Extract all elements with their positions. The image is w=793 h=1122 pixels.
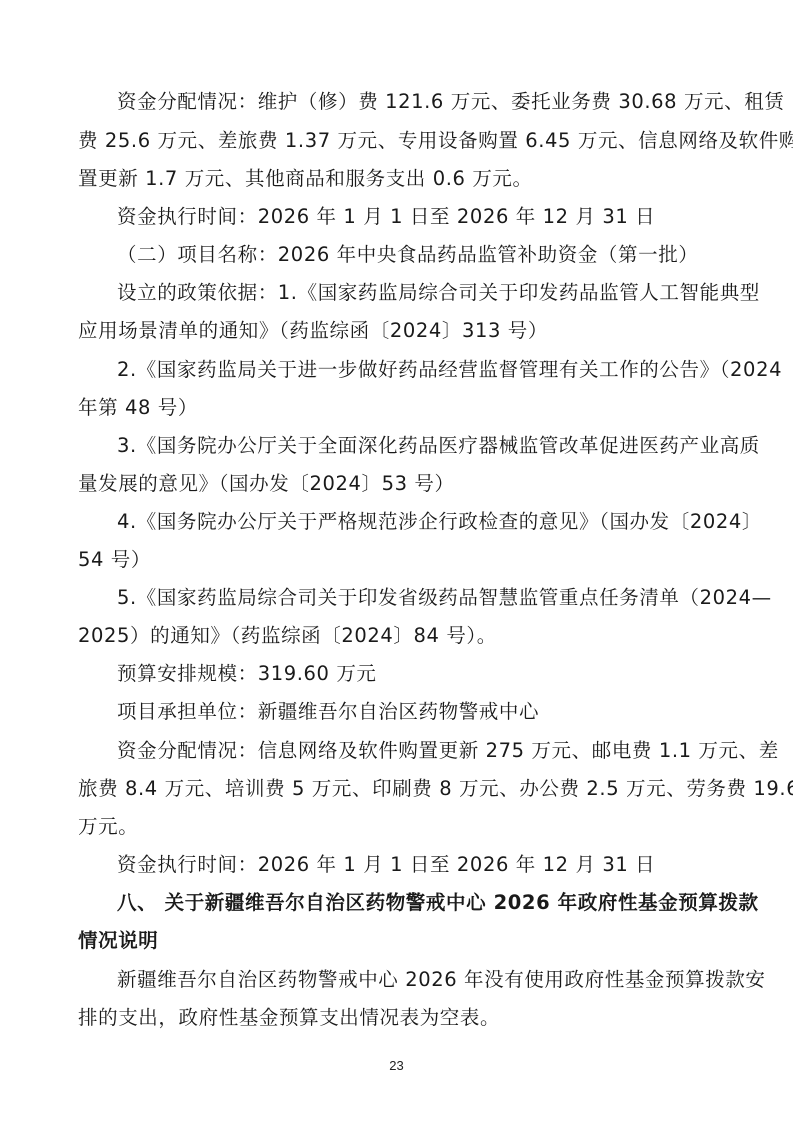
text-line: 4.《国务院办公厅关于严格规范涉企行政检查的意见》（国办发〔2024〕 (117, 508, 717, 536)
text-line: 量发展的意见》（国办发〔2024〕53 号） (78, 470, 718, 498)
text-line: （二）项目名称：2026 年中央食品药品监管补助资金（第一批） (117, 241, 717, 269)
text-line: 3.《国务院办公厅关于全面深化药品医疗器械监管改革促进医药产业高质 (117, 432, 717, 460)
text-line: 旅费 8.4 万元、培训费 5 万元、印刷费 8 万元、办公费 2.5 万元、劳… (78, 775, 718, 803)
text-line: 资金执行时间：2026 年 1 月 1 日至 2026 年 12 月 31 日 (117, 203, 717, 231)
text-line: 54 号） (78, 546, 718, 574)
text-line: 费 25.6 万元、差旅费 1.37 万元、专用设备购置 6.45 万元、信息网… (78, 127, 718, 155)
text-line: 资金分配情况：信息网络及软件购置更新 275 万元、邮电费 1.1 万元、差 (117, 737, 717, 765)
text-line: 应用场景清单的通知》（药监综函〔2024〕313 号） (78, 317, 718, 345)
section-heading: 八、 关于新疆维吾尔自治区药物警戒中心 2026 年政府性基金预算拨款 (117, 889, 717, 917)
text-line: 置更新 1.7 万元、其他商品和服务支出 0.6 万元。 (78, 165, 718, 193)
section-heading-continued: 情况说明 (78, 927, 718, 955)
text-line: 预算安排规模：319.60 万元 (117, 660, 717, 688)
document-page: 资金分配情况：维护（修）费 121.6 万元、委托业务费 30.68 万元、租赁… (0, 0, 793, 1122)
text-line: 万元。 (78, 813, 718, 841)
text-line: 年第 48 号） (78, 394, 718, 422)
text-line: 5.《国家药监局综合司关于印发省级药品智慧监管重点任务清单（2024— (117, 584, 717, 612)
text-line: 项目承担单位：新疆维吾尔自治区药物警戒中心 (117, 698, 717, 726)
text-line: 2025）的通知》（药监综函〔2024〕84 号）。 (78, 622, 718, 650)
page-number: 23 (0, 1058, 793, 1073)
text-line: 资金执行时间：2026 年 1 月 1 日至 2026 年 12 月 31 日 (117, 851, 717, 879)
closing-paragraph-line2: 排的支出，政府性基金预算支出情况表为空表。 (78, 1004, 718, 1032)
text-line: 设立的政策依据：1.《国家药监局综合司关于印发药品监管人工智能典型 (117, 279, 717, 307)
closing-paragraph: 新疆维吾尔自治区药物警戒中心 2026 年没有使用政府性基金预算拨款安 (117, 966, 717, 994)
text-line: 2.《国家药监局关于进一步做好药品经营监督管理有关工作的公告》（2024 (117, 356, 717, 384)
text-line: 资金分配情况：维护（修）费 121.6 万元、委托业务费 30.68 万元、租赁 (117, 88, 717, 116)
